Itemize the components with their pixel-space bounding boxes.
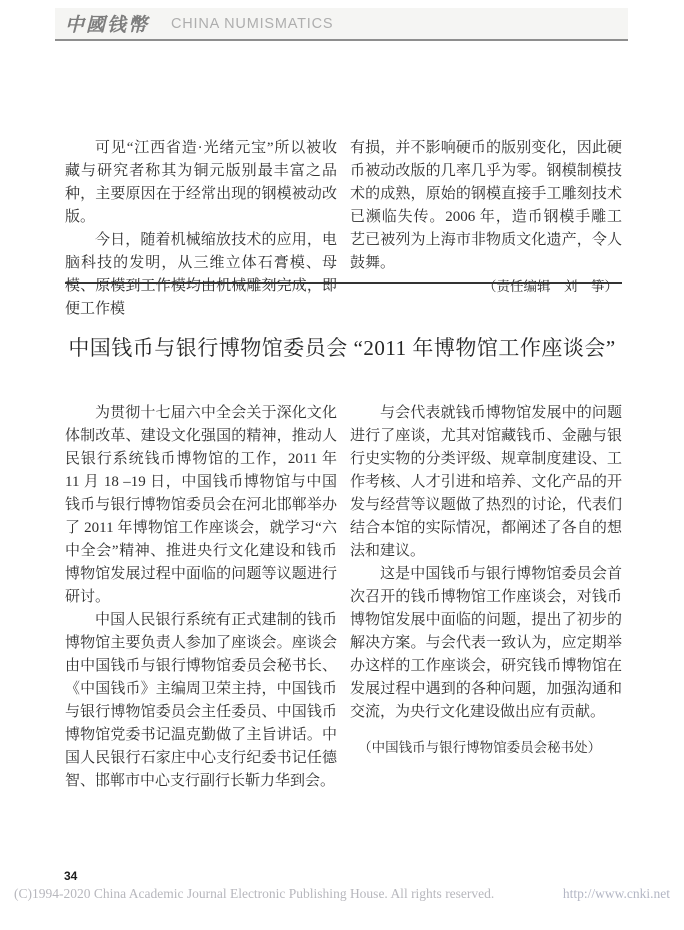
article-attribution: （中国钱币与银行博物馆委员会秘书处） [350, 736, 622, 759]
editor-note: （责任编辑 刘 筝） [350, 275, 622, 298]
copyright-text: (C)1994-2020 China Academic Journal Elec… [14, 886, 494, 902]
journal-name-english: CHINA NUMISMATICS [171, 16, 333, 32]
footer-copyright-bar: (C)1994-2020 China Academic Journal Elec… [0, 886, 684, 902]
previous-article-end: 可见“江西省造·光绪元宝”所以被收藏与研究者称其为铜元版别最丰富之品种，主要原因… [65, 137, 622, 321]
previous-article-left-column: 可见“江西省造·光绪元宝”所以被收藏与研究者称其为铜元版别最丰富之品种，主要原因… [65, 137, 337, 321]
article-divider-rule [65, 282, 622, 284]
article-right-column: 与会代表就钱币博物馆发展中的问题进行了座谈，尤其对馆藏钱币、金融与银行史实物的分… [350, 402, 622, 793]
paragraph: 为贯彻十七届六中全会关于深化文化体制改革、建设文化强国的精神，推动人民银行系统钱… [65, 402, 337, 609]
page-number: 34 [64, 869, 77, 883]
paragraph: 这是中国钱币与银行博物馆委员会首次召开的钱币博物馆工作座谈会，对钱币博物馆发展中… [350, 563, 622, 724]
journal-logo: 中國钱幣 [65, 10, 149, 37]
paragraph: 可见“江西省造·光绪元宝”所以被收藏与研究者称其为铜元版别最丰富之品种，主要原因… [65, 137, 337, 229]
article-left-column: 为贯彻十七届六中全会关于深化文化体制改革、建设文化强国的精神，推动人民银行系统钱… [65, 402, 337, 793]
previous-article-right-column: 有损，并不影响硬币的版别变化，因此硬币被动改版的几率几乎为零。钢模制模技术的成熟… [350, 137, 622, 321]
paragraph: 有损，并不影响硬币的版别变化，因此硬币被动改版的几率几乎为零。钢模制模技术的成熟… [350, 137, 622, 275]
article-title: 中国钱币与银行博物馆委员会 “2011 年博物馆工作座谈会” [45, 332, 639, 362]
article-body: 为贯彻十七届六中全会关于深化文化体制改革、建设文化强国的精神，推动人民银行系统钱… [65, 402, 622, 793]
paragraph: 中国人民银行系统有正式建制的钱币博物馆主要负责人参加了座谈会。座谈会由中国钱币与… [65, 609, 337, 793]
journal-page: 中國钱幣 CHINA NUMISMATICS 可见“江西省造·光绪元宝”所以被收… [0, 0, 684, 930]
cnki-url-link[interactable]: http://www.cnki.net [563, 886, 670, 902]
journal-header: 中國钱幣 CHINA NUMISMATICS [55, 8, 628, 41]
paragraph: 与会代表就钱币博物馆发展中的问题进行了座谈，尤其对馆藏钱币、金融与银行史实物的分… [350, 402, 622, 563]
paragraph: 今日，随着机械缩放技术的应用，电脑科技的发明，从三维立体石膏模、母模、原模到工作… [65, 229, 337, 321]
